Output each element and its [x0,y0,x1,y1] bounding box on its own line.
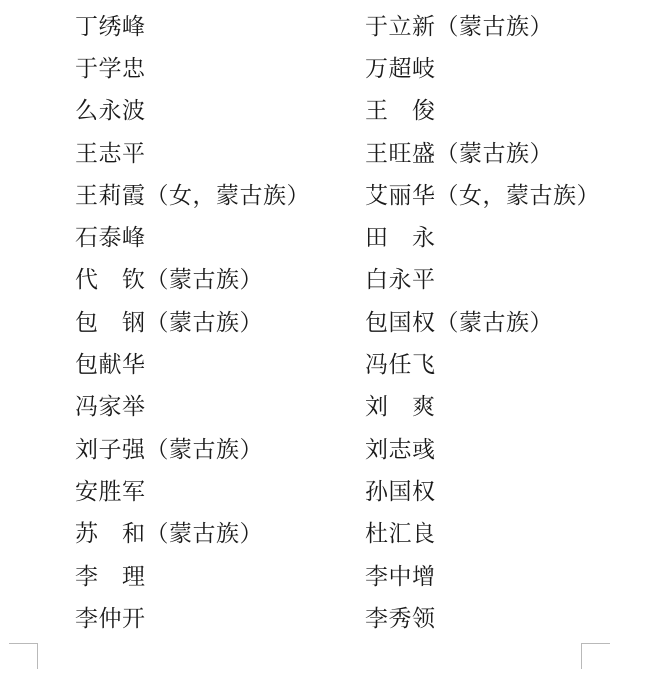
name-list-row: 王志平 王旺盛（蒙古族） [0,133,648,175]
name-left: 苏 和（蒙古族） [75,523,365,546]
name-right: 冯任飞 [365,354,648,377]
name-left: 于学忠 [75,58,365,81]
name-right: 王旺盛（蒙古族） [365,143,648,166]
name-list-row: 么永波 王 俊 [0,91,648,133]
name-list-row: 苏 和（蒙古族） 杜汇良 [0,514,648,556]
name-list-row: 安胜军 孙国权 [0,471,648,513]
name-list: 丁绣峰 于立新（蒙古族） 于学忠 万超岐 么永波 王 俊 王志平 王旺盛（蒙古族… [0,6,648,640]
name-left: 王莉霞（女，蒙古族） [75,185,365,208]
name-left: 李仲开 [75,608,365,631]
name-left: 王志平 [75,143,365,166]
page-margin-mark-bottom-left [9,643,38,669]
name-right: 包国权（蒙古族） [365,312,648,335]
name-right: 杜汇良 [365,523,648,546]
name-right: 孙国权 [365,481,648,504]
name-list-row: 李仲开 李秀领 [0,598,648,640]
name-list-row: 包 钢（蒙古族） 包国权（蒙古族） [0,302,648,344]
name-left: 李 理 [75,566,365,589]
name-right: 田 永 [365,227,648,250]
name-right: 万超岐 [365,58,648,81]
name-left: 丁绣峰 [75,16,365,39]
name-left: 包献华 [75,354,365,377]
name-list-row: 王莉霞（女，蒙古族） 艾丽华（女，蒙古族） [0,175,648,217]
name-right: 李秀领 [365,608,648,631]
name-list-row: 代 钦（蒙古族） 白永平 [0,260,648,302]
name-left: 包 钢（蒙古族） [75,312,365,335]
name-list-row: 包献华 冯任飞 [0,344,648,386]
name-left: 安胜军 [75,481,365,504]
name-right: 艾丽华（女，蒙古族） [365,185,648,208]
name-left: 刘子强（蒙古族） [75,439,365,462]
name-right: 刘 爽 [365,396,648,419]
name-right: 刘志彧 [365,439,648,462]
name-left: 石泰峰 [75,227,365,250]
name-right: 白永平 [365,269,648,292]
name-list-row: 刘子强（蒙古族） 刘志彧 [0,429,648,471]
name-right: 于立新（蒙古族） [365,16,648,39]
name-list-row: 冯家举 刘 爽 [0,387,648,429]
name-list-row: 李 理 李中增 [0,556,648,598]
name-list-row: 石泰峰 田 永 [0,217,648,259]
page-margin-mark-bottom-right [581,643,610,669]
document-page: 丁绣峰 于立新（蒙古族） 于学忠 万超岐 么永波 王 俊 王志平 王旺盛（蒙古族… [0,0,648,673]
name-list-row: 丁绣峰 于立新（蒙古族） [0,6,648,48]
name-right: 李中增 [365,566,648,589]
name-list-row: 于学忠 万超岐 [0,48,648,90]
name-left: 么永波 [75,100,365,123]
name-left: 代 钦（蒙古族） [75,269,365,292]
name-right: 王 俊 [365,100,648,123]
name-left: 冯家举 [75,396,365,419]
